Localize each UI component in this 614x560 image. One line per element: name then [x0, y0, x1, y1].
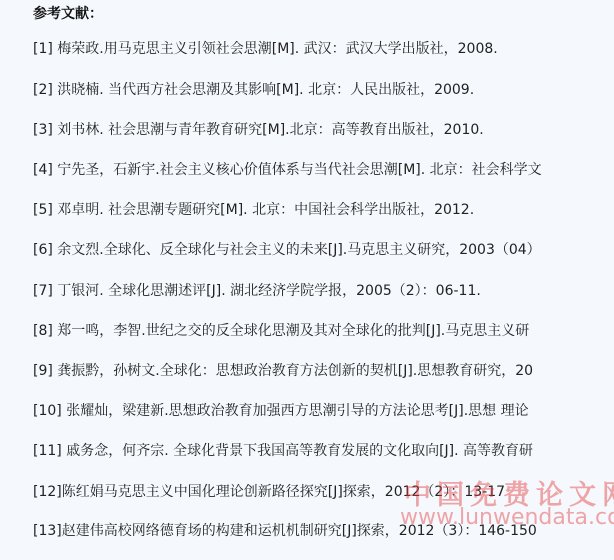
- reference-item-9: [9] 龚振黔，孙树文.全球化：思想政治教育方法创新的契机[J].思想教育研究，…: [33, 362, 533, 380]
- reference-item-6: [6] 余文烈.全球化、反全球化与社会主义的未来[J].马克思主义研究，2003…: [33, 241, 541, 259]
- reference-item-4: [4] 宁先圣，石新宇.社会主义核心价值体系与当代社会思潮[M]. 北京：社会科…: [33, 161, 542, 179]
- reference-item-7: [7] 丁银河. 全球化思潮述评[J]. 湖北经济学院学报，2005（2）：06…: [33, 282, 481, 300]
- reference-document: 参考文献： [1] 梅荣政.用马克思主义引领社会思潮[M]. 武汉：武汉大学出版…: [0, 0, 614, 560]
- references-heading: 参考文献：: [33, 3, 103, 23]
- reference-item-8: [8] 郑一鸣，李智.世纪之交的反全球化思潮及其对全球化的批判[J].马克思主义…: [33, 322, 529, 340]
- reference-item-3: [3] 刘书林. 社会思潮与青年教育研究[M].北京：高等教育出版社，2010.: [33, 121, 484, 139]
- reference-item-11: [11] 戚务念，何齐宗. 全球化背景下我国高等教育发展的文化取向[J]. 高等…: [33, 442, 533, 460]
- reference-item-10: [10] 张耀灿，梁建新.思想政治教育加强西方思潮引导的方法论思考[J].思想 …: [33, 402, 529, 420]
- reference-item-2: [2] 洪晓楠. 当代西方社会思潮及其影响[M]. 北京：人民出版社，2009.: [33, 81, 474, 99]
- reference-item-13: [13]赵建伟高校网络德育场的构建和运机机制研究[J]探索，2012（3）：14…: [33, 522, 537, 540]
- reference-item-12: [12]陈红娟马克思主义中国化理论创新路径探究[J]探索，2012（2）：13-…: [33, 483, 505, 501]
- reference-item-5: [5] 邓卓明. 社会思潮专题研究[M]. 北京：中国社会科学出版社，2012.: [33, 201, 474, 219]
- reference-item-1: [1] 梅荣政.用马克思主义引领社会思潮[M]. 武汉：武汉大学出版社，2008…: [33, 40, 498, 58]
